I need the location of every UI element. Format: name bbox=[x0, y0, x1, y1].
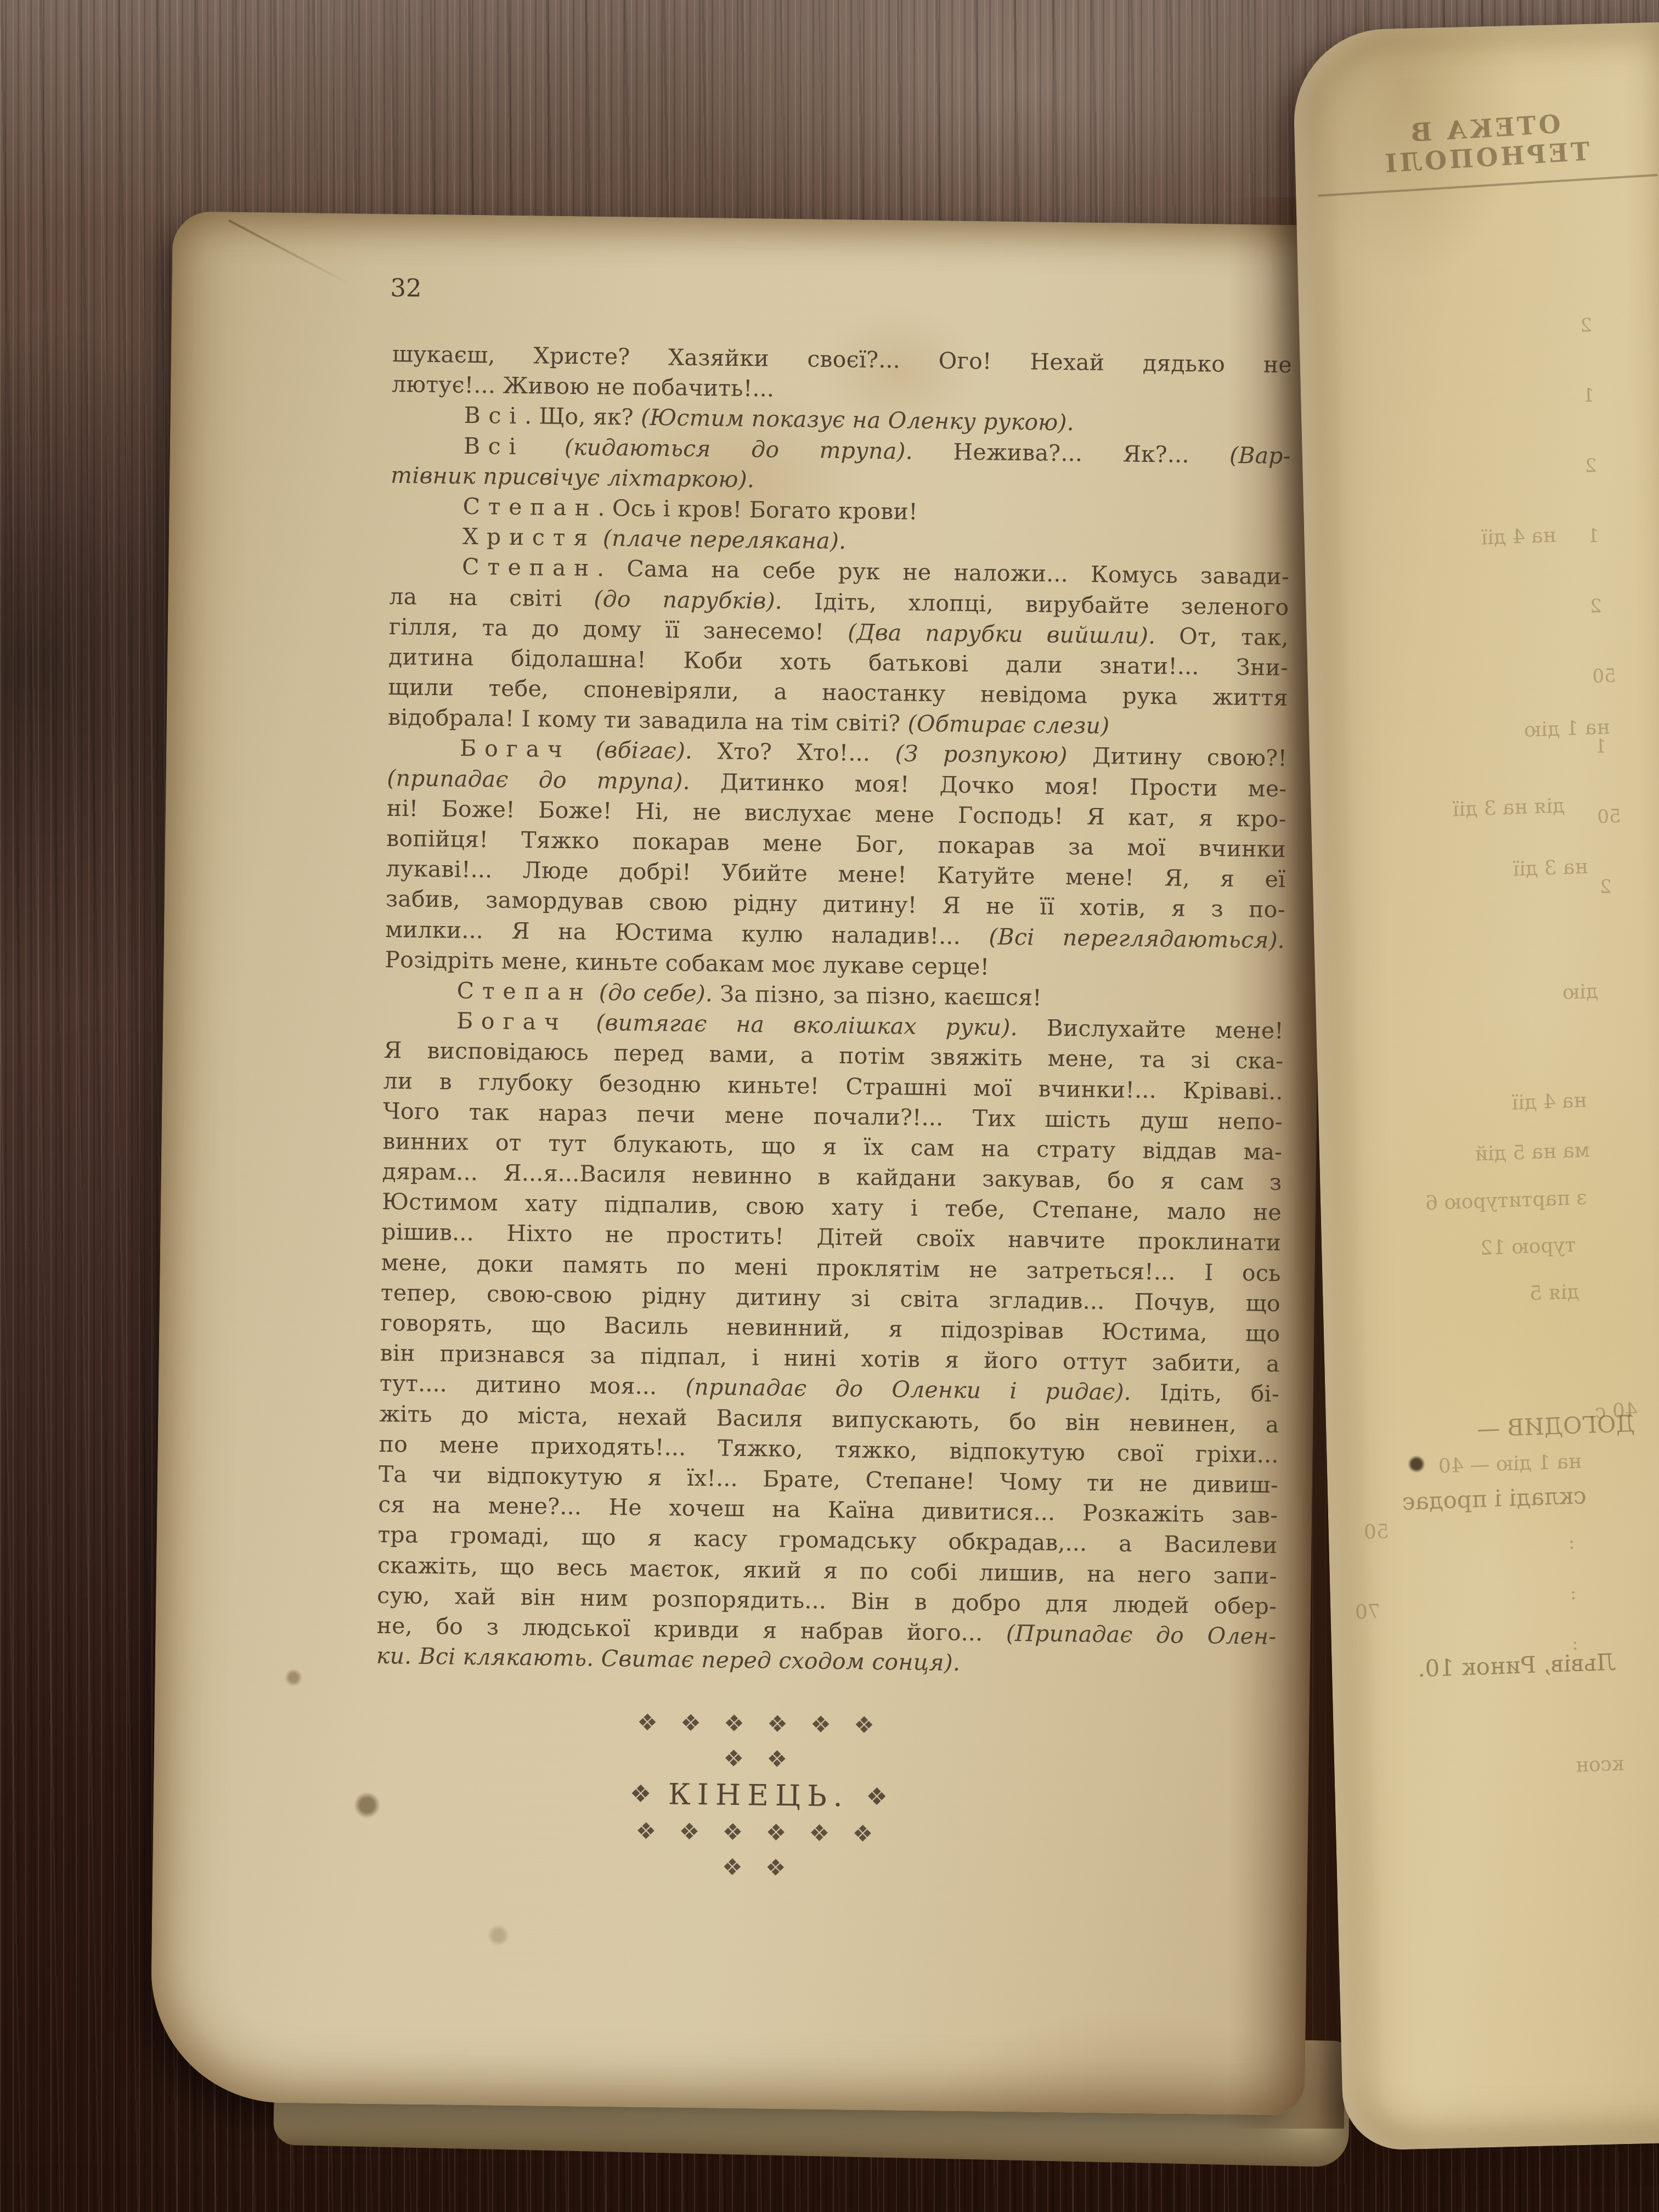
book-photo: 32 шукаєш, Христе? Хазяйки своєї?... Ого… bbox=[0, 0, 1659, 2212]
ornament-diamond-right: ❖ bbox=[866, 1778, 888, 1816]
book-page-left: 32 шукаєш, Христе? Хазяйки своєї?... Ого… bbox=[150, 211, 1328, 2115]
ornament-diamond-left: ❖ bbox=[629, 1775, 651, 1814]
ornament-middle-row: ❖ КІНЕЦЬ. ❖ bbox=[629, 1775, 888, 1817]
page-corner-tear bbox=[228, 219, 351, 285]
text-block: шукаєш, Христе? Хазяйки своєї?... Ого! Н… bbox=[376, 339, 1293, 1682]
book-page-right bbox=[1292, 22, 1659, 2151]
the-end-label: КІНЕЦЬ. bbox=[668, 1775, 849, 1816]
page-number: 32 bbox=[390, 273, 422, 303]
end-ornament: ❖ ❖ ❖ ❖ ❖ ❖ ❖ ❖ ❖ КІНЕЦЬ. ❖ ❖ ❖ ❖ ❖ ❖ ❖ … bbox=[629, 1705, 889, 1887]
ornament-diamond-row-top: ❖ ❖ ❖ ❖ ❖ ❖ ❖ ❖ bbox=[630, 1705, 889, 1779]
ornament-diamond-row-bottom: ❖ ❖ ❖ ❖ ❖ ❖ ❖ ❖ bbox=[629, 1814, 888, 1887]
